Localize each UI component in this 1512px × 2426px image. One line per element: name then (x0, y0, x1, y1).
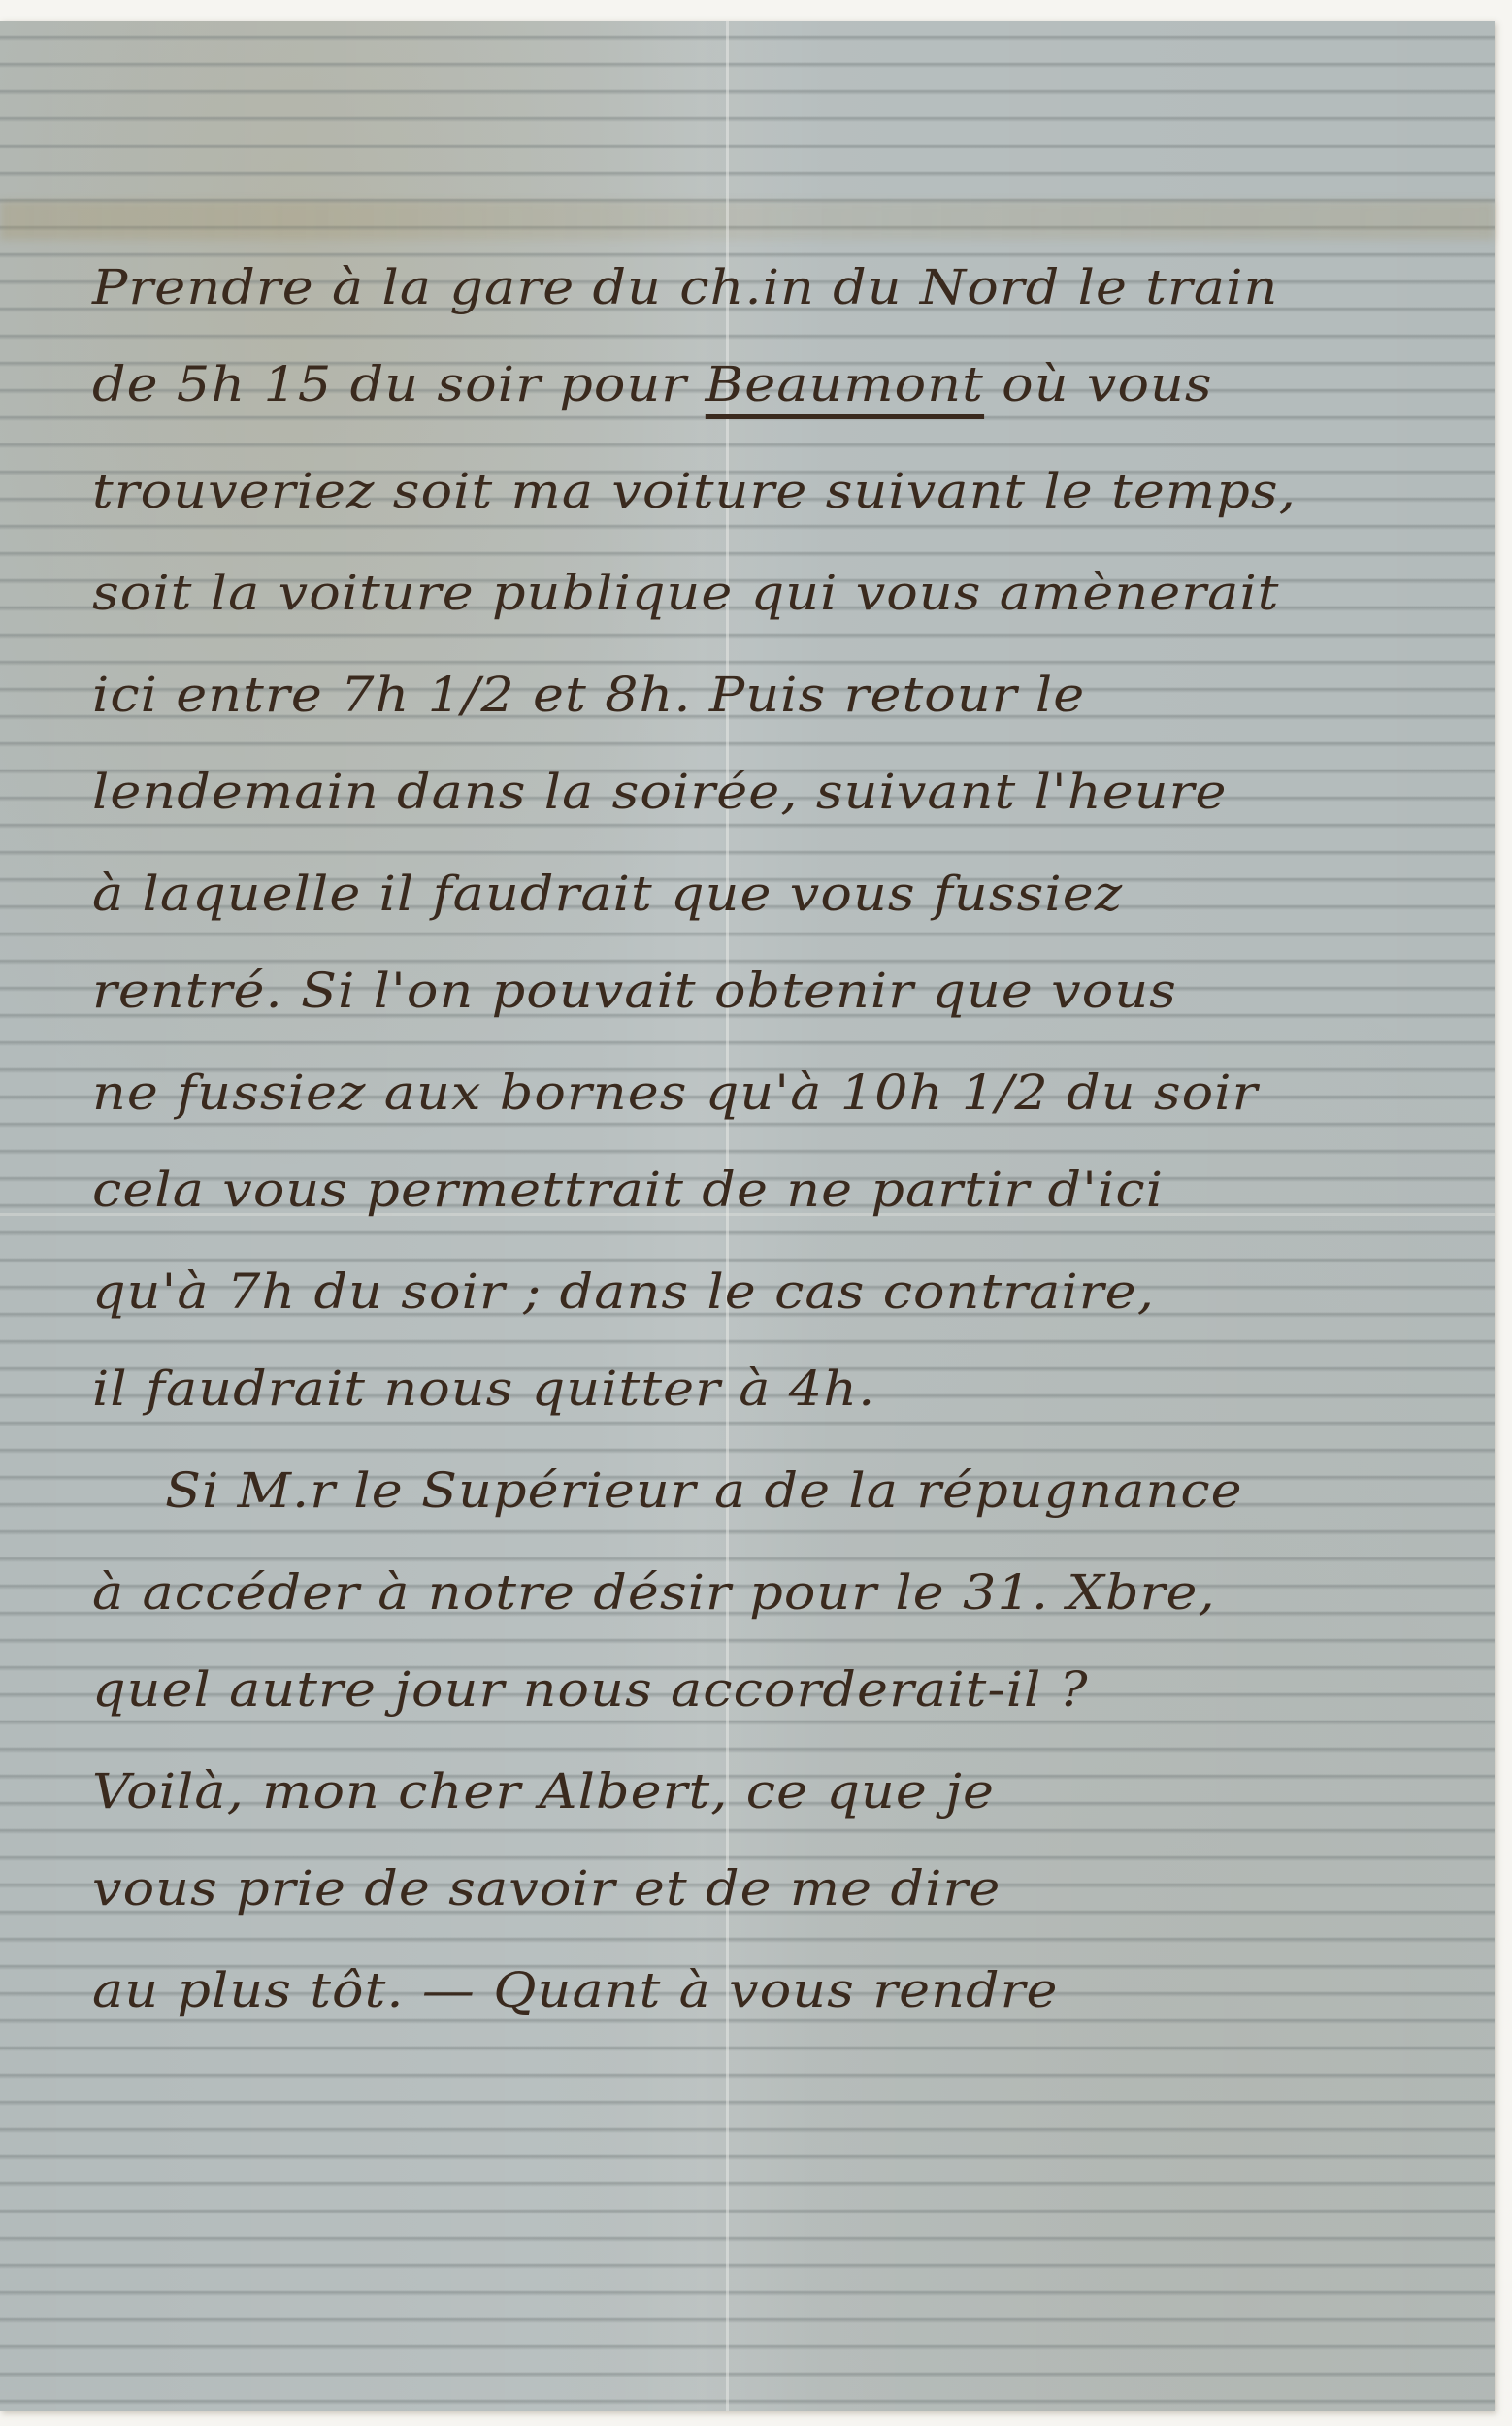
text-fragment: de 5h 15 du soir pour (92, 356, 687, 412)
text-line: ne fussiez aux bornes qu'à 10h 1/2 du so… (92, 1065, 1258, 1121)
text-line: quel autre jour nous accorderait-il ? (92, 1661, 1089, 1718)
paper-stain (0, 201, 1495, 240)
text-line: Si M.r le Supérieur a de la répugnance (165, 1462, 1243, 1519)
underlined-place-name: Beaumont (705, 356, 983, 419)
text-line: trouveriez soit ma voiture suivant le te… (92, 463, 1297, 519)
text-line: il faudrait nous quitter à 4h. (92, 1361, 875, 1417)
text-line: au plus tôt. — Quant à vous rendre (92, 1962, 1059, 2018)
letter-page: Prendre à la gare du ch.in du Nord le tr… (0, 21, 1495, 2411)
text-line: vous prie de savoir et de me dire (92, 1860, 1001, 1917)
text-line: lendemain dans la soirée, suivant l'heur… (92, 764, 1228, 820)
text-line: de 5h 15 du soir pour Beaumont où vous (92, 356, 1213, 412)
text-line: à accéder à notre désir pour le 31. Xbre… (92, 1564, 1216, 1621)
text-line: qu'à 7h du soir ; dans le cas contraire, (92, 1263, 1155, 1320)
text-line: rentré. Si l'on pouvait obtenir que vous (92, 963, 1177, 1019)
text-fragment: où vous (1002, 356, 1213, 412)
text-line: Voilà, mon cher Albert, ce que je (92, 1763, 995, 1819)
text-line: ici entre 7h 1/2 et 8h. Puis retour le (92, 667, 1085, 723)
text-line: cela vous permettrait de ne partir d'ici (92, 1162, 1164, 1218)
text-line: Prendre à la gare du ch.in du Nord le tr… (92, 259, 1278, 315)
text-line: à laquelle il faudrait que vous fussiez (92, 866, 1123, 922)
text-line: soit la voiture publique qui vous amèner… (92, 565, 1280, 621)
